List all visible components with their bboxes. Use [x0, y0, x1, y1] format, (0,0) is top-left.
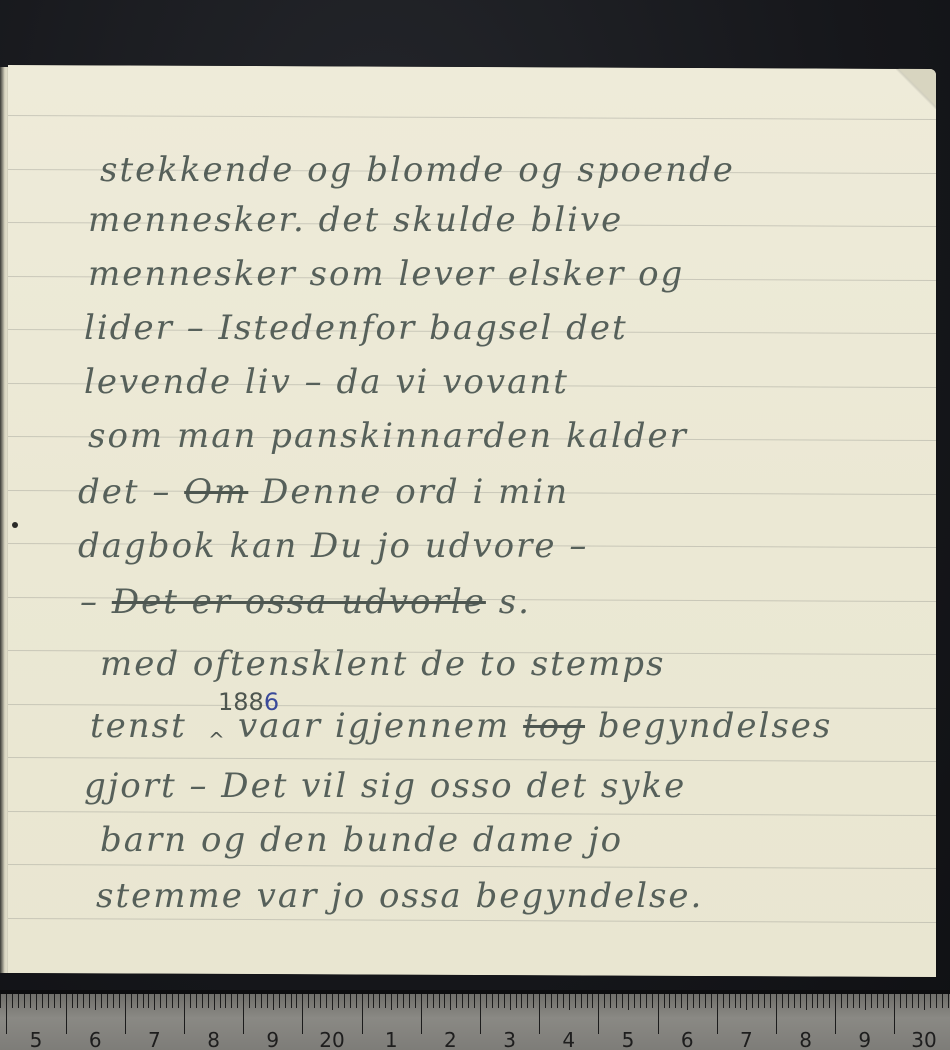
ruler-tick	[302, 994, 303, 1034]
ruler-tick	[782, 994, 783, 1008]
ruler-tick	[533, 994, 534, 1008]
ruler-tick	[456, 994, 457, 1008]
ruler-label: 3	[503, 1028, 516, 1050]
manuscript-line-10: med oftensklent de to stemps	[100, 644, 665, 684]
ruler-tick	[160, 994, 161, 1008]
ruler-tick	[196, 994, 197, 1008]
ruler-tick	[841, 994, 842, 1008]
ruler-tick	[746, 994, 747, 1010]
ruler-tick	[729, 994, 730, 1008]
ruler-tick	[403, 994, 404, 1008]
ruler-tick	[918, 994, 919, 1008]
ruler-tick	[285, 994, 286, 1008]
rule-line	[8, 115, 936, 120]
ruler-tick	[539, 994, 540, 1034]
ruler-tick	[415, 994, 416, 1008]
ruler-tick	[261, 994, 262, 1008]
ruler-tick	[740, 994, 741, 1008]
ruler-tick	[900, 994, 901, 1008]
ruler-tick	[308, 994, 309, 1008]
rule-line	[8, 810, 936, 815]
manuscript-line-2: mennesker. det skulde blive	[88, 200, 623, 240]
ruler-tick	[948, 994, 949, 1008]
ruler-label: 8	[799, 1028, 812, 1050]
manuscript-line-1: stekkende og blomde og spoende	[100, 150, 735, 190]
ruler-label: 2	[444, 1028, 457, 1050]
ruler-tick	[326, 994, 327, 1008]
ruler-label: 20	[319, 1028, 344, 1050]
ruler-tick	[587, 994, 588, 1008]
manuscript-line-4: lider – Istedenfor bagsel det	[84, 308, 628, 348]
manuscript-line-12: gjort – Det vil sig osso det syke	[84, 766, 686, 806]
manuscript-line-6: som man panskinnarden kalder	[88, 416, 688, 456]
ruler-tick	[450, 994, 451, 1010]
ruler-tick	[865, 994, 866, 1010]
ruler-tick	[444, 994, 445, 1008]
ruler-tick	[823, 994, 824, 1008]
ruler-tick	[776, 994, 777, 1034]
ruler-tick	[249, 994, 250, 1008]
ruler-tick	[385, 994, 386, 1008]
ruler-tick	[598, 994, 599, 1034]
ruler-tick	[699, 994, 700, 1008]
ruler-tick	[255, 994, 256, 1008]
ruler-tick	[60, 994, 61, 1008]
ruler-tick	[604, 994, 605, 1008]
ruler-tick	[42, 994, 43, 1008]
ruler-tick	[267, 994, 268, 1008]
ruler-tick	[521, 994, 522, 1008]
ruler-tick	[237, 994, 238, 1008]
folded-corner	[896, 69, 936, 109]
ruler-tick	[510, 994, 511, 1010]
ruler-tick	[137, 994, 138, 1008]
ruler-label: 8	[207, 1028, 220, 1050]
ruler-label: 30	[911, 1028, 936, 1050]
ruler-tick	[48, 994, 49, 1008]
ruler-tick	[658, 994, 659, 1034]
ruler-tick	[279, 994, 280, 1008]
ruler-tick	[527, 994, 528, 1008]
ruler-label: 6	[681, 1028, 694, 1050]
ruler-tick	[439, 994, 440, 1008]
ruler-tick	[6, 994, 7, 1034]
ruler-tick	[569, 994, 570, 1010]
ruler-tick	[912, 994, 913, 1008]
manuscript-line-9: – Det er ossa udvorle s.	[80, 582, 531, 622]
ruler-tick	[243, 994, 244, 1034]
ruler-tick	[362, 994, 363, 1034]
ruler-tick	[717, 994, 718, 1034]
ruler-tick	[669, 994, 670, 1008]
ruler-tick	[356, 994, 357, 1008]
ruler-tick	[0, 994, 1, 1008]
ruler-tick	[806, 994, 807, 1010]
ruler-tick	[752, 994, 753, 1008]
ruler-tick	[36, 994, 37, 1010]
ruler-label: 9	[266, 1028, 279, 1050]
line-9-dash: –	[80, 582, 112, 622]
ruler-tick	[231, 994, 232, 1008]
ruler-label: 5	[30, 1028, 43, 1050]
ruler-tick	[581, 994, 582, 1008]
ruler-tick	[462, 994, 463, 1008]
line-9-end: s.	[486, 582, 531, 622]
manuscript-line-11: tenst vaar igjennem tog begyndelses	[90, 706, 832, 746]
ruler-tick	[379, 994, 380, 1008]
ruler-tick	[54, 994, 55, 1008]
ruler-tick	[628, 994, 629, 1010]
ruler-tick	[504, 994, 505, 1008]
ruler-tick	[208, 994, 209, 1008]
ruler-tick	[95, 994, 96, 1010]
ruler-tick	[592, 994, 593, 1008]
ruler-tick	[877, 994, 878, 1008]
ruler-tick	[735, 994, 736, 1008]
manuscript-line-5: levende liv – da vi vovant	[84, 362, 569, 402]
ruler-tick	[622, 994, 623, 1008]
ruler-tick	[616, 994, 617, 1008]
manuscript-line-13: barn og den bunde dame jo	[100, 820, 623, 860]
ruler-tick	[344, 994, 345, 1008]
ruler-tick	[89, 994, 90, 1008]
ruler-tick	[563, 994, 564, 1008]
rule-line	[8, 864, 936, 869]
ruler-tick	[190, 994, 191, 1008]
ruler-tick	[397, 994, 398, 1008]
ruler-tick	[486, 994, 487, 1008]
ruler-tick	[924, 994, 925, 1010]
ruler-tick	[131, 994, 132, 1008]
ruler-tick	[184, 994, 185, 1034]
ruler-tick	[693, 994, 694, 1008]
ruler-tick	[829, 994, 830, 1008]
ruler-tick	[788, 994, 789, 1008]
ruler-label: 5	[622, 1028, 635, 1050]
ruler-tick	[764, 994, 765, 1008]
ruler-tick	[646, 994, 647, 1008]
ruler-tick	[516, 994, 517, 1008]
ruler-tick	[758, 994, 759, 1008]
line-7-rest: Denne ord i min	[248, 472, 569, 512]
ruler-tick	[143, 994, 144, 1008]
ruler-tick	[474, 994, 475, 1008]
struck-word-tog: tog	[523, 706, 585, 746]
ruler-tick	[930, 994, 931, 1008]
ruler-tick	[314, 994, 315, 1008]
ruler-tick	[906, 994, 907, 1008]
ruler-tick	[794, 994, 795, 1008]
ruler-tick	[373, 994, 374, 1008]
ruler-tick	[113, 994, 114, 1008]
ruler-tick	[12, 994, 13, 1008]
ruler-tick	[652, 994, 653, 1008]
ruler-tick	[202, 994, 203, 1008]
ruler-tick	[711, 994, 712, 1008]
ruler-tick	[320, 994, 321, 1008]
ruler-tick	[296, 994, 297, 1008]
ruler-label: 6	[89, 1028, 102, 1050]
ruler-tick	[220, 994, 221, 1008]
struck-word-om: Om	[184, 472, 248, 512]
ruler-tick	[77, 994, 78, 1008]
ruler-label: 7	[740, 1028, 753, 1050]
manuscript-line-14: stemme var jo ossa begyndelse.	[96, 876, 703, 916]
ruler-tick	[835, 994, 836, 1034]
ruler-tick	[557, 994, 558, 1008]
ruler-label: 1	[385, 1028, 398, 1050]
ruler-tick	[492, 994, 493, 1008]
ruler-tick	[291, 994, 292, 1008]
ruler-tick	[770, 994, 771, 1008]
ruler-tick	[812, 994, 813, 1008]
pin-hole	[12, 522, 18, 528]
ruler-tick	[427, 994, 428, 1008]
ruler-tick	[172, 994, 173, 1008]
paper-fold-edge	[0, 67, 8, 973]
ruler-tick	[498, 994, 499, 1008]
ruler-tick	[847, 994, 848, 1008]
ruler-tick	[154, 994, 155, 1010]
ruler-tick	[480, 994, 481, 1034]
measurement-ruler: 567892012345678930	[0, 990, 950, 1050]
ruler-tick	[338, 994, 339, 1008]
ruler-tick	[634, 994, 635, 1008]
ruler-tick	[853, 994, 854, 1008]
ruler-tick	[166, 994, 167, 1008]
ruler-tick	[24, 994, 25, 1008]
ruler-tick	[178, 994, 179, 1008]
ruler-tick	[350, 994, 351, 1008]
line-11-end: begyndelses	[585, 706, 832, 746]
ruler-tick	[551, 994, 552, 1008]
struck-phrase: Det er ossa udvorle	[112, 582, 486, 622]
ruler-tick	[30, 994, 31, 1008]
ruler-tick	[664, 994, 665, 1008]
manuscript-line-8: dagbok kan Du jo udvore –	[78, 526, 588, 566]
ruler-tick	[936, 994, 937, 1008]
ruler-tick	[225, 994, 226, 1008]
ruler-tick	[723, 994, 724, 1008]
ruler-tick	[871, 994, 872, 1008]
ruler-tick	[610, 994, 611, 1008]
rule-line	[8, 917, 936, 922]
ruler-tick	[800, 994, 801, 1008]
ruler-tick	[107, 994, 108, 1008]
ruler-label: 4	[562, 1028, 575, 1050]
ruler-tick	[83, 994, 84, 1008]
ruler-tick	[545, 994, 546, 1008]
ruler-tick	[101, 994, 102, 1008]
ruler-tick	[273, 994, 274, 1010]
ruler-tick	[66, 994, 67, 1034]
ruler-tick	[859, 994, 860, 1008]
ruler-tick	[148, 994, 149, 1008]
line-11-start: tenst vaar igjennem	[90, 706, 523, 746]
ruler-tick	[125, 994, 126, 1034]
ruler-tick	[681, 994, 682, 1008]
ruler-tick	[119, 994, 120, 1008]
ruler-tick	[942, 994, 943, 1008]
ruler-tick	[575, 994, 576, 1008]
ruler-tick	[72, 994, 73, 1008]
ruler-tick	[888, 994, 889, 1008]
manuscript-line-7: det – Om Denne ord i min	[78, 472, 569, 512]
ruler-tick	[675, 994, 676, 1008]
ruler-tick	[214, 994, 215, 1010]
ruler-label: 7	[148, 1028, 161, 1050]
ruler-label: 9	[858, 1028, 871, 1050]
ruler-tick	[640, 994, 641, 1008]
ruler-tick	[433, 994, 434, 1008]
ruler-tick	[687, 994, 688, 1010]
ruler-tick	[368, 994, 369, 1008]
ruler-tick	[421, 994, 422, 1034]
ruler-tick	[705, 994, 706, 1008]
ruler-tick	[468, 994, 469, 1008]
ruler-tick	[391, 994, 392, 1010]
ruler-tick	[409, 994, 410, 1008]
manuscript-line-3: mennesker som lever elsker og	[88, 254, 684, 294]
ruler-tick	[883, 994, 884, 1008]
ruler-tick	[894, 994, 895, 1034]
rule-line	[8, 757, 936, 762]
ruler-tick	[18, 994, 19, 1008]
ruler-tick	[332, 994, 333, 1010]
line-7-text: det –	[78, 472, 184, 512]
ruler-tick	[817, 994, 818, 1008]
